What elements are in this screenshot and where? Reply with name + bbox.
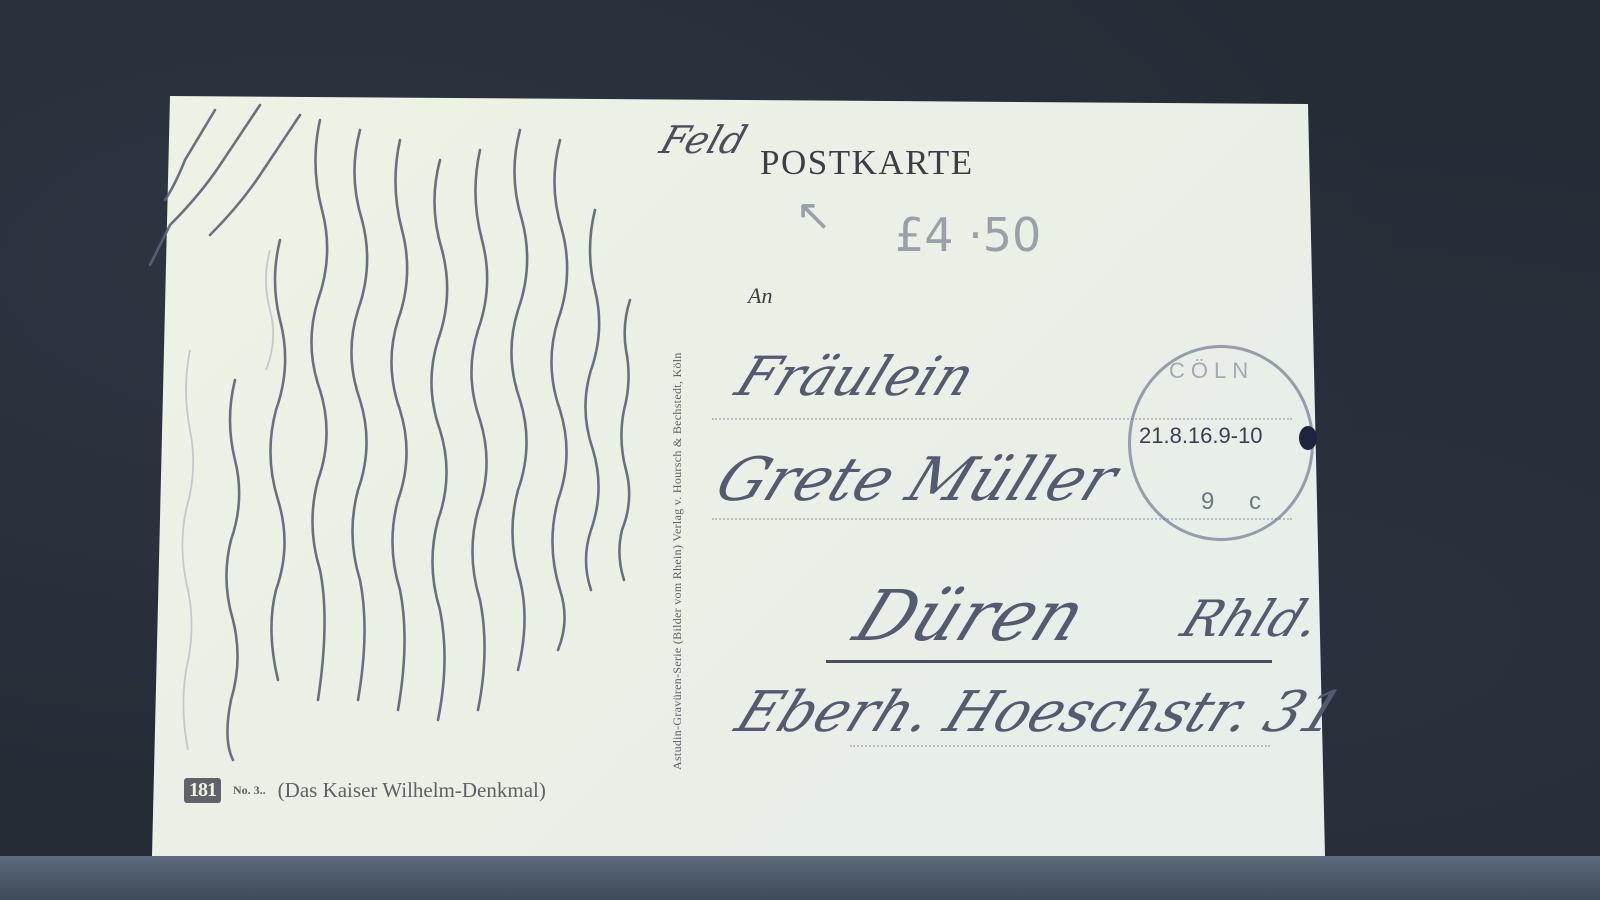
address-line-4 [850, 745, 1270, 747]
address-street: Eberh. Hoeschstr. 31 [727, 680, 1352, 745]
pencil-price: £4 ·50 [895, 208, 1041, 262]
postmark-city: CÖLN [1169, 358, 1254, 384]
caption-title: (Das Kaiser Wilhelm-Denkmal) [278, 778, 546, 803]
ink-blot [1299, 426, 1317, 450]
card-number: No. 3.. [233, 783, 266, 798]
postkarte-title: POSTKARTE [760, 143, 974, 183]
address-name: Grete Müller [706, 445, 1128, 515]
postmark-date: 21.8.16.9-10 [1139, 423, 1263, 449]
publisher-logo: 181 [184, 778, 221, 803]
picture-caption: 181 No. 3.. (Das Kaiser Wilhelm-Denkmal) [184, 778, 546, 803]
publisher-imprint: Astudin-Gravüren-Serie (Bilder vom Rhein… [670, 150, 685, 770]
address-prefix: An [748, 283, 772, 309]
postmark-code: 9 c [1201, 488, 1275, 516]
pencil-arrow: ↖ [795, 190, 832, 241]
postcard: Feld POSTKARTE ↖ £4 ·50 An Fräulein Gret… [0, 0, 1600, 900]
address-salutation: Fräulein [727, 345, 984, 408]
address-city: Düren [843, 575, 1097, 657]
address-region: Rhld. [1173, 590, 1330, 648]
city-underline [826, 660, 1272, 663]
postmark-stamp: CÖLN 21.8.16.9-10 9 c [1128, 345, 1314, 541]
